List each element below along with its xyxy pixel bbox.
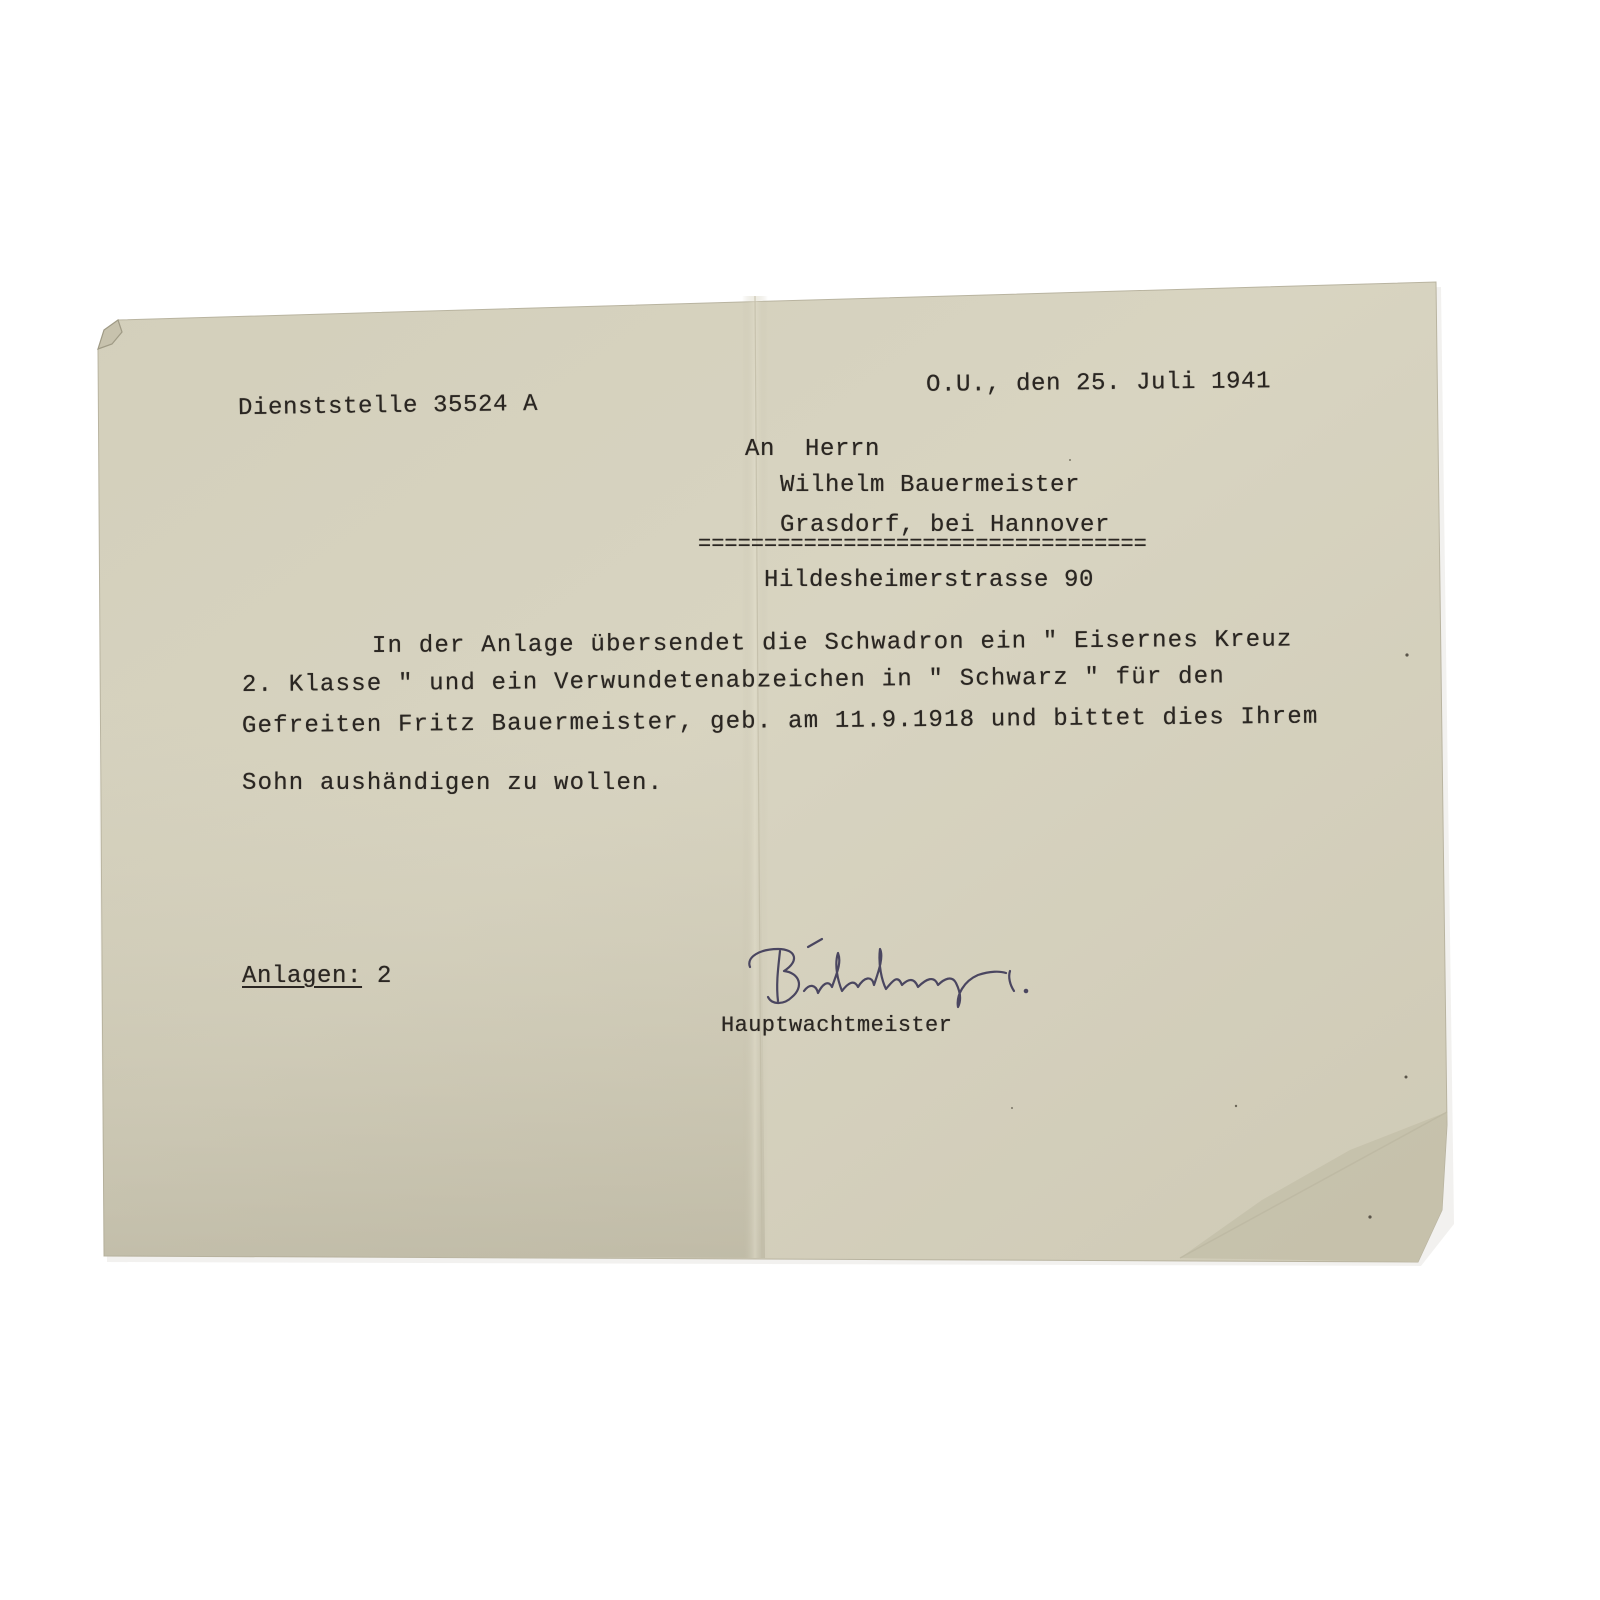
enclosures-count: 2 <box>377 963 392 990</box>
recipient-street: Hildesheimerstrasse 90 <box>764 567 1094 594</box>
paper-sheet <box>0 0 1600 1600</box>
body-line: Sohn aushändigen zu wollen. <box>242 770 663 797</box>
address-rule: ================================== <box>698 532 1147 557</box>
enclosures: Anlagen: 2 <box>242 963 392 990</box>
handwritten-signature <box>738 935 1048 1015</box>
signatory-rank: Hauptwachtmeister <box>721 1013 952 1038</box>
office-reference: Dienststelle 35524 A <box>238 391 538 422</box>
place-date: O.U., den 25. Juli 1941 <box>926 368 1271 399</box>
enclosures-label: Anlagen: <box>242 963 362 990</box>
recipient-salutation: An Herrn <box>745 436 880 463</box>
recipient-name: Wilhelm Bauermeister <box>780 472 1080 499</box>
document-photo: Dienststelle 35524 A O.U., den 25. Juli … <box>0 0 1600 1600</box>
